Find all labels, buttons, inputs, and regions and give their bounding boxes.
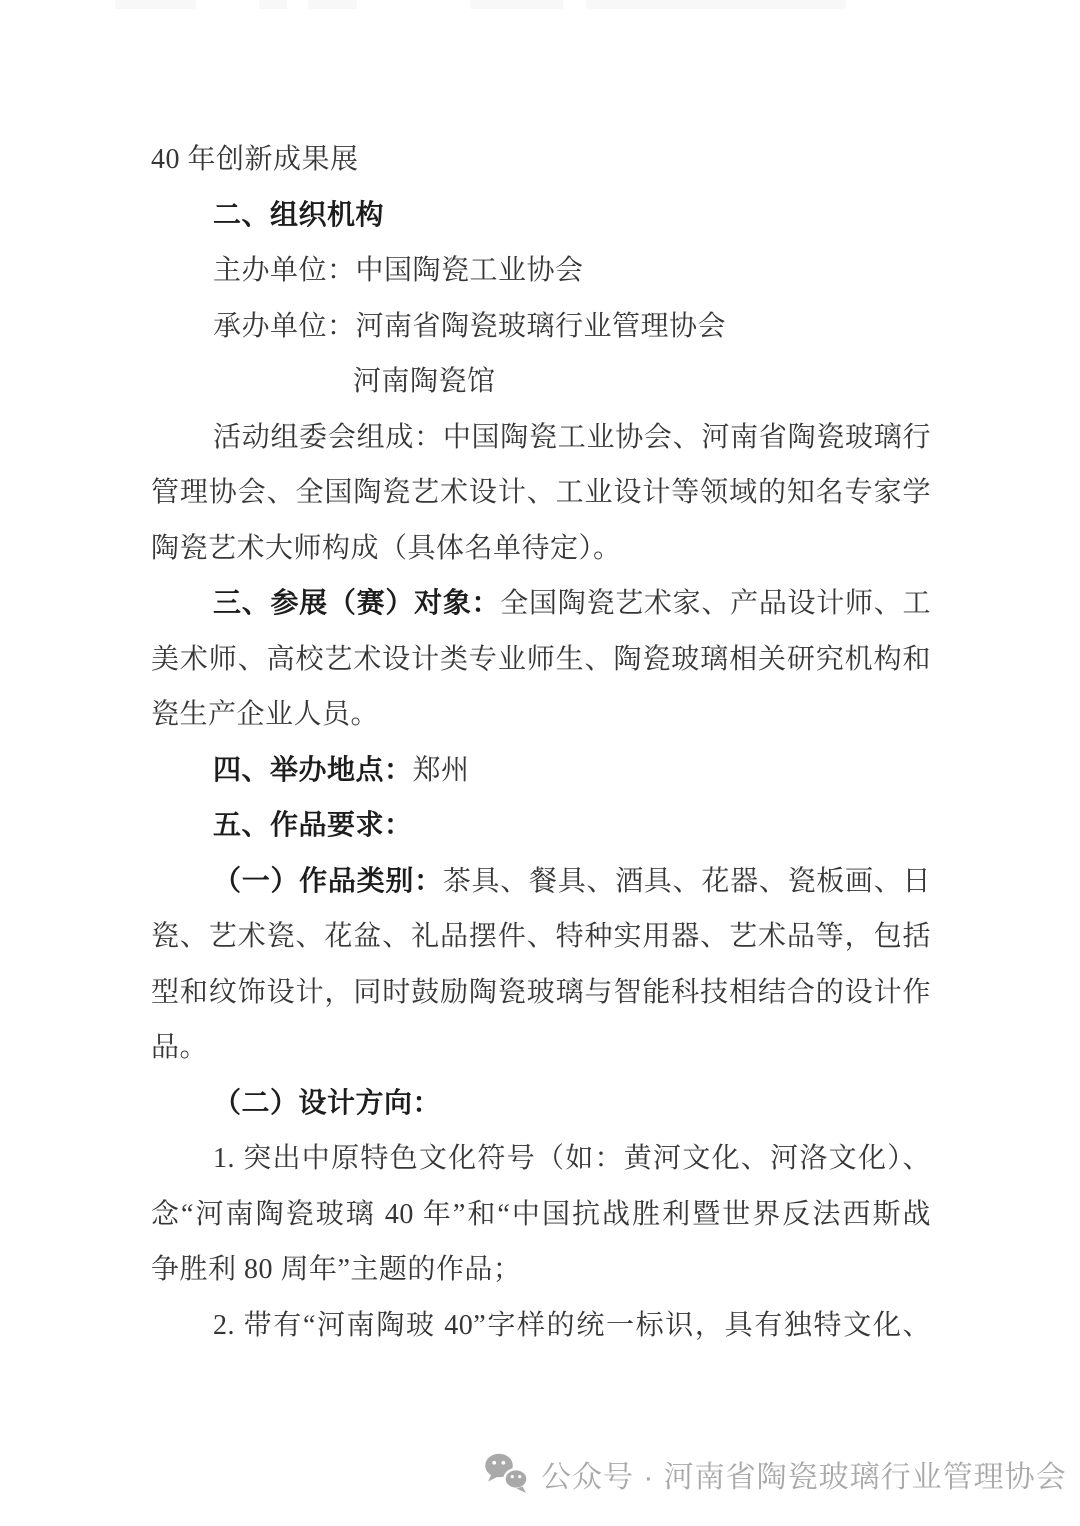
line-undertaker-unit-2: 河南陶瓷馆 xyxy=(151,354,931,410)
watermark-text: 公众号 · 河南省陶瓷玻璃行业管理协会 xyxy=(541,1452,1067,1496)
wechat-icon xyxy=(483,1452,531,1496)
line-participants-3: 瓷生产企业人员。 xyxy=(151,687,931,743)
categories-3-text: 型和纹饰设计，同时鼓励陶瓷玻璃与智能科技相结合的设计作 xyxy=(151,977,931,1008)
cropped-text-remnant xyxy=(470,0,563,9)
title-overflow-text: 40 年创新成果展 xyxy=(151,144,359,175)
heading-work-requirements: 五、作品要求： xyxy=(151,798,931,854)
committee-1-text: 活动组委会组成：中国陶瓷工业协会、河南省陶瓷玻璃行业 xyxy=(213,422,931,466)
line-categories-1: （一）作品类别：茶具、餐具、酒具、花器、瓷板画、日用 xyxy=(151,854,931,910)
line-undertaker-unit: 承办单位：河南省陶瓷玻璃行业管理协会 xyxy=(151,299,931,355)
line-participants-2: 美术师、高校艺术设计类专业师生、陶瓷玻璃相关研究机构和陶 xyxy=(151,632,931,688)
committee-2-text: 管理协会、全国陶瓷艺术设计、工业设计等领域的知名专家学者、 xyxy=(151,477,931,521)
line-categories-2: 瓷、艺术瓷、花盆、礼品摆件、特种实用器、艺术品等，包括器 xyxy=(151,909,931,965)
heading-design-direction-text: （二）设计方向： xyxy=(213,1088,441,1119)
cropped-text-remnant xyxy=(586,0,846,9)
heading-design-direction: （二）设计方向： xyxy=(151,1076,931,1132)
design-point1-a-text: 1. 突出中原特色文化符号（如：黄河文化、河洛文化）、纪 xyxy=(213,1143,931,1187)
participants-2-text: 美术师、高校艺术设计类专业师生、陶瓷玻璃相关研究机构和陶 xyxy=(151,644,931,688)
line-host-unit: 主办单位：中国陶瓷工业协会 xyxy=(151,243,931,299)
line-committee-2: 管理协会、全国陶瓷艺术设计、工业设计等领域的知名专家学者、 xyxy=(151,465,931,521)
line-location: 四、举办地点：郑州 xyxy=(151,743,931,799)
host-unit-text: 主办单位：中国陶瓷工业协会 xyxy=(213,255,584,286)
categories-2-text: 瓷、艺术瓷、花盆、礼品摆件、特种实用器、艺术品等，包括器 xyxy=(151,921,931,965)
wechat-watermark: 公众号 · 河南省陶瓷玻璃行业管理协会 xyxy=(483,1452,1067,1496)
line-design-point2: 2. 带有“河南陶玻 40”字样的统一标识，具有独特文化、 xyxy=(151,1298,931,1354)
cropped-text-remnant xyxy=(259,0,287,9)
design-point1-c-text: 争胜利 80 周年”主题的作品； xyxy=(151,1254,521,1285)
location-value: 郑州 xyxy=(413,755,470,786)
heading-organization-text: 二、组织机构 xyxy=(213,200,384,231)
cropped-text-remnant xyxy=(308,0,357,9)
cropped-text-remnant xyxy=(115,0,196,9)
undertaker-unit-text: 承办单位：河南省陶瓷玻璃行业管理协会 xyxy=(213,311,726,342)
design-point1-b-text: 念“河南陶瓷玻璃 40 年”和“中国抗战胜利暨世界反法西斯战 xyxy=(151,1199,931,1230)
line-participants-1: 三、参展（赛）对象：全国陶瓷艺术家、产品设计师、工艺 xyxy=(151,576,931,632)
committee-3-text: 陶瓷艺术大师构成（具体名单待定）。 xyxy=(151,533,622,564)
heading-participants: 三、参展（赛）对象： xyxy=(213,588,500,619)
heading-organization: 二、组织机构 xyxy=(151,188,931,244)
line-committee-3: 陶瓷艺术大师构成（具体名单待定）。 xyxy=(151,521,931,577)
undertaker-unit-2-text: 河南陶瓷馆 xyxy=(353,366,496,397)
line-design-point1-a: 1. 突出中原特色文化符号（如：黄河文化、河洛文化）、纪 xyxy=(151,1131,931,1187)
line-design-point1-c: 争胜利 80 周年”主题的作品； xyxy=(151,1242,931,1298)
line-categories-3: 型和纹饰设计，同时鼓励陶瓷玻璃与智能科技相结合的设计作 xyxy=(151,965,931,1021)
heading-categories: （一）作品类别： xyxy=(213,866,443,897)
line-categories-4: 品。 xyxy=(151,1020,931,1076)
heading-work-requirements-text: 五、作品要求： xyxy=(213,810,413,841)
categories-4-text: 品。 xyxy=(151,1032,208,1063)
document-page: 40 年创新成果展 二、组织机构 主办单位：中国陶瓷工业协会 承办单位：河南省陶… xyxy=(0,0,1080,1526)
line-design-point1-b: 念“河南陶瓷玻璃 40 年”和“中国抗战胜利暨世界反法西斯战 xyxy=(151,1187,931,1243)
document-body: 40 年创新成果展 二、组织机构 主办单位：中国陶瓷工业协会 承办单位：河南省陶… xyxy=(151,132,931,1353)
heading-location: 四、举办地点： xyxy=(213,755,413,786)
participants-3-text: 瓷生产企业人员。 xyxy=(151,699,379,730)
line-committee-1: 活动组委会组成：中国陶瓷工业协会、河南省陶瓷玻璃行业 xyxy=(151,410,931,466)
line-title-overflow: 40 年创新成果展 xyxy=(151,132,931,188)
design-point2-text: 2. 带有“河南陶玻 40”字样的统一标识，具有独特文化、 xyxy=(213,1310,931,1341)
